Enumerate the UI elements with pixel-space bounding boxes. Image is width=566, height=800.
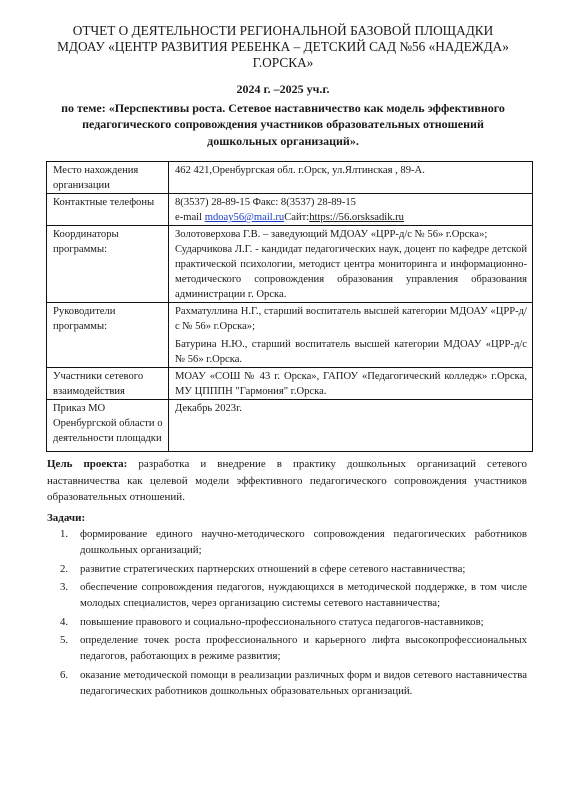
row-label: Координаторы программы:	[47, 226, 169, 303]
report-title: ОТЧЕТ О ДЕЯТЕЛЬНОСТИ РЕГИОНАЛЬНОЙ БАЗОВО…	[40, 23, 526, 71]
topic-line: педагогического сопровождения участников…	[40, 116, 526, 133]
goal-label: Цель проекта:	[47, 458, 127, 470]
list-item: 1.формирование единого научно-методическ…	[47, 526, 527, 558]
table-row: Место нахождения организации 462 421,Оре…	[47, 162, 533, 194]
title-line: ОТЧЕТ О ДЕЯТЕЛЬНОСТИ РЕГИОНАЛЬНОЙ БАЗОВО…	[40, 23, 526, 39]
list-item: 3.обеспечение сопровождения педагогов, н…	[47, 579, 527, 611]
item-text: повышение правового и социально-професси…	[80, 616, 484, 628]
row-label: Руководители программы:	[47, 303, 169, 368]
contacts-value: 8(3537) 28-89-15 Факс: 8(3537) 28-89-15 …	[169, 194, 533, 226]
leader-entry: Батурина Н.Ю., старший воспитатель высше…	[175, 337, 527, 367]
info-table: Место нахождения организации 462 421,Оре…	[46, 161, 533, 452]
leaders-value: Рахматуллина Н.Г., старший воспитатель в…	[169, 303, 533, 368]
academic-year: 2024 г. –2025 уч.г.	[40, 81, 526, 98]
item-number: 2.	[60, 561, 68, 577]
item-text: развитие стратегических партнерских отно…	[80, 563, 465, 575]
item-number: 6.	[60, 667, 68, 683]
order-value: Декабрь 2023г.	[169, 400, 533, 452]
table-row: Руководители программы: Рахматуллина Н.Г…	[47, 303, 533, 368]
tasks-list: 1.формирование единого научно-методическ…	[47, 526, 527, 701]
title-line: МДОАУ «ЦЕНТР РАЗВИТИЯ РЕБЕНКА – ДЕТСКИЙ …	[40, 39, 526, 55]
project-goal: Цель проекта: разработка и внедрение в п…	[47, 456, 527, 506]
leader-entry: Рахматуллина Н.Г., старший воспитатель в…	[175, 304, 527, 334]
row-label: Приказ МО Оренбургской области о деятель…	[47, 400, 169, 452]
participants-value: МОАУ «СОШ № 43 г. Орска», ГАПОУ «Педагог…	[169, 368, 533, 400]
list-item: 6.оказание методической помощи в реализа…	[47, 667, 527, 699]
table-row: Участники сетевого взаимодействия МОАУ «…	[47, 368, 533, 400]
address-value: 462 421,Оренбургская обл. г.Орск, ул.Ялт…	[169, 162, 533, 194]
table-row: Приказ МО Оренбургской области о деятель…	[47, 400, 533, 452]
email-link[interactable]: mdoay56@mail.ru	[205, 212, 284, 223]
phones-text: 8(3537) 28-89-15 Факс: 8(3537) 28-89-15	[175, 195, 527, 210]
coordinator-entry: Сударчикова Л.Г. - кандидат педагогическ…	[175, 242, 527, 302]
report-subtitle: 2024 г. –2025 уч.г. по теме: «Перспектив…	[40, 81, 526, 149]
item-number: 3.	[60, 579, 68, 595]
item-text: обеспечение сопровождения педагогов, нуж…	[80, 581, 527, 609]
list-item: 5.определение точек роста профессиональн…	[47, 632, 527, 664]
item-number: 4.	[60, 614, 68, 630]
row-label: Контактные телефоны	[47, 194, 169, 226]
table-row: Координаторы программы: Золотоверхова Г.…	[47, 226, 533, 303]
item-text: определение точек роста профессиональног…	[80, 634, 527, 662]
site-prefix: Сайт:	[284, 212, 309, 223]
topic-line: дошкольных организаций».	[40, 133, 526, 150]
email-prefix: e-mail	[175, 212, 205, 223]
coordinators-value: Золотоверхова Г.В. – заведующий МДОАУ «Ц…	[169, 226, 533, 303]
row-label: Место нахождения организации	[47, 162, 169, 194]
list-item: 4.повышение правового и социально-профес…	[47, 614, 527, 630]
tasks-heading: Задачи:	[47, 512, 85, 524]
coordinator-entry: Золотоверхова Г.В. – заведующий МДОАУ «Ц…	[175, 227, 527, 242]
title-line: Г.ОРСКА»	[40, 55, 526, 71]
item-text: оказание методической помощи в реализаци…	[80, 669, 527, 697]
list-item: 2. развитие стратегических партнерских о…	[47, 561, 527, 577]
row-label: Участники сетевого взаимодействия	[47, 368, 169, 400]
document-page: ОТЧЕТ О ДЕЯТЕЛЬНОСТИ РЕГИОНАЛЬНОЙ БАЗОВО…	[0, 0, 566, 800]
item-text: формирование единого научно-методическог…	[80, 528, 527, 556]
table-row: Контактные телефоны 8(3537) 28-89-15 Фак…	[47, 194, 533, 226]
topic-line: по теме: «Перспективы роста. Сетевое нас…	[40, 100, 526, 117]
item-number: 5.	[60, 632, 68, 648]
item-number: 1.	[60, 526, 68, 542]
email-site-line: e-mail mdoay56@mail.ruСайт:https://56.or…	[175, 210, 527, 225]
site-link[interactable]: https://56.orsksadik.ru	[309, 212, 404, 223]
